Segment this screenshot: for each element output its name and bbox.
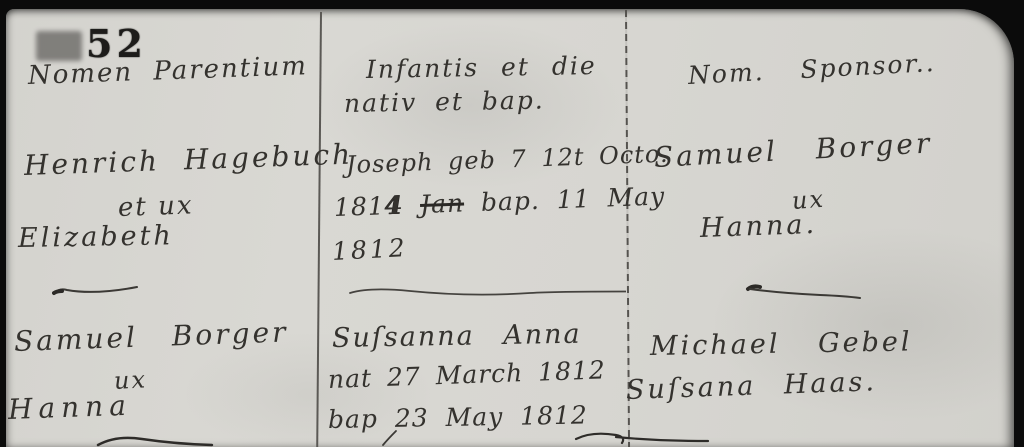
row-separator-middle xyxy=(348,285,626,299)
entry1-infant-line3: 1812 xyxy=(331,233,408,266)
register-page: 52 Nomen Parentium Infantis et die nativ… xyxy=(6,9,1014,447)
entry2-sponsor-wife: Suſsana Haas. xyxy=(625,366,877,406)
entry2-parents-wife: Hanna xyxy=(7,389,132,426)
col-header-sponsors: Nom. Sponsor.. xyxy=(687,48,936,90)
entry1-parents-wife: Elizabeth xyxy=(18,220,174,254)
entry1-infant-baptism: bap. 11 May xyxy=(480,181,665,216)
entry1-infant-year-corrected: 4 xyxy=(384,191,403,221)
scan-background: { "page": { "stamp_number": "52" }, "hea… xyxy=(0,0,1024,447)
stamp-smudge xyxy=(36,31,82,61)
entry1-parents-name: Henrich Hagebuch xyxy=(23,138,353,182)
entry2-sponsor-name: Michael Gebel xyxy=(650,326,913,362)
entry1-sponsor-wife: Hanna. xyxy=(699,209,817,244)
col-header-infant-line2: nativ et bap. xyxy=(344,85,545,117)
entry1-infant-struck-word: Jan xyxy=(420,188,465,219)
entry1-infant-line1: Joseph geb 7 12t Octo. xyxy=(346,140,670,179)
entry2-infant-line1: Suſsanna Anna xyxy=(332,319,582,354)
entry1-infant-line2: 1814 Jan bap. 11 May xyxy=(333,181,665,222)
entry2-infant-line2: nat 27 March 1812 xyxy=(327,355,606,394)
row-separator-left xyxy=(52,283,140,297)
bottom-flourish-middle xyxy=(380,429,402,447)
column-divider-1 xyxy=(316,12,322,447)
entry1-parents-etux: et ux xyxy=(117,190,194,223)
bottom-flourish-right xyxy=(572,429,712,447)
col-header-infant-line1: Infantis et die xyxy=(366,51,597,84)
row-separator-right xyxy=(744,281,862,299)
entry2-parents-name: Samuel Borger xyxy=(13,315,289,358)
entry1-infant-year: 181 xyxy=(333,191,385,222)
bottom-flourish-left xyxy=(94,433,214,447)
entry1-sponsor-name: Samuel Borger xyxy=(653,126,933,174)
entry2-infant-line3: bap 23 May 1812 xyxy=(328,400,588,434)
